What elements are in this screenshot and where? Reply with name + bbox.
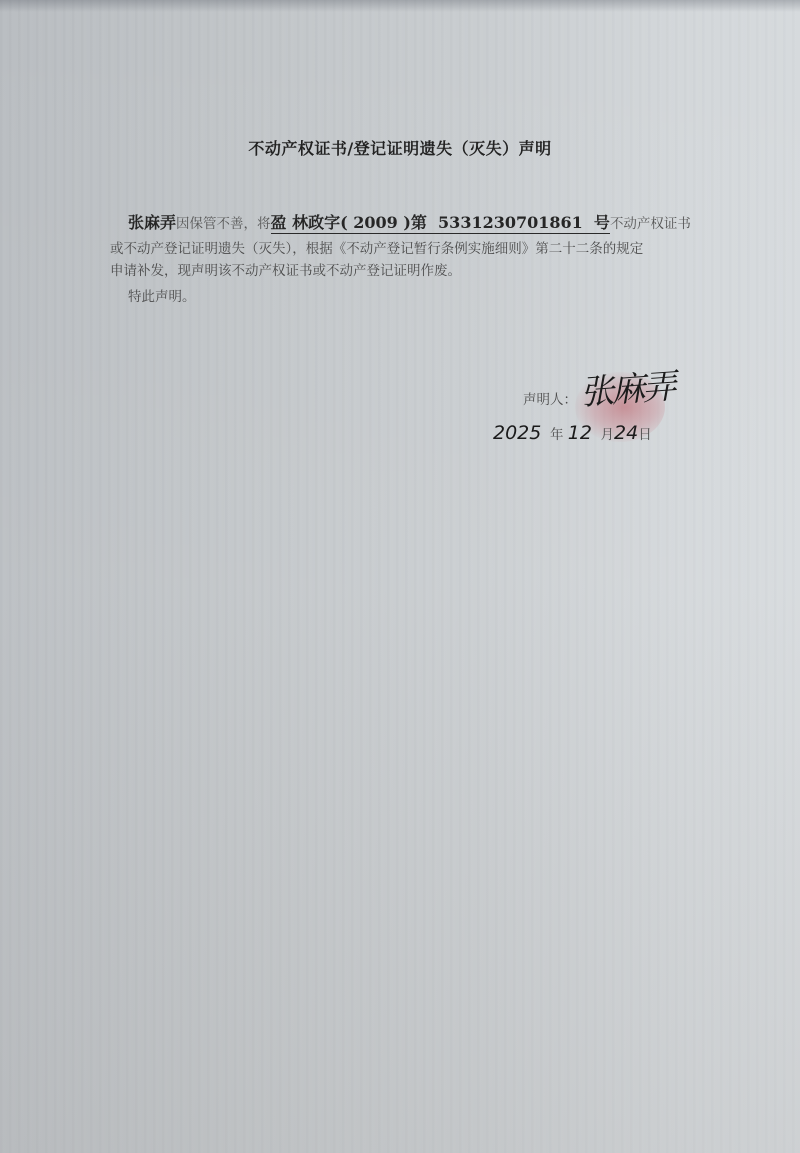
- closing-statement: 特此声明。: [128, 286, 728, 309]
- signature-date: 2025 年 12 月24日: [493, 422, 652, 444]
- statement-line-2: 或不动产登记证明遗失（灭失），根据《不动产登记暂行条例实施细则》第二十二条的规定: [110, 238, 710, 261]
- statement-text: 因保管不善，将: [176, 216, 271, 232]
- certificate-reference: 盈 林政字( 2009 )第 5331230701861 号: [271, 213, 610, 234]
- declarant-label: 声明人：: [523, 388, 577, 408]
- statement-line-3: 申请补发，现声明该不动产权证书或不动产登记证明作废。: [110, 260, 710, 283]
- document-title: 不动产权证书/登记证明遗失（灭失）声明: [0, 136, 800, 159]
- statement-text: 不动产权证书: [610, 216, 691, 232]
- scan-background: [0, 0, 800, 1153]
- declarant-name: 张麻弄: [128, 213, 176, 232]
- date-year: 2025: [493, 422, 541, 444]
- date-day: 24: [614, 422, 638, 444]
- statement-line-1: 张麻弄因保管不善，将盈 林政字( 2009 )第 5331230701861 号…: [128, 211, 728, 236]
- handwritten-signature: 张麻弄: [578, 359, 674, 414]
- date-month: 12: [568, 422, 592, 444]
- certificate-number: 5331230701861: [438, 213, 583, 232]
